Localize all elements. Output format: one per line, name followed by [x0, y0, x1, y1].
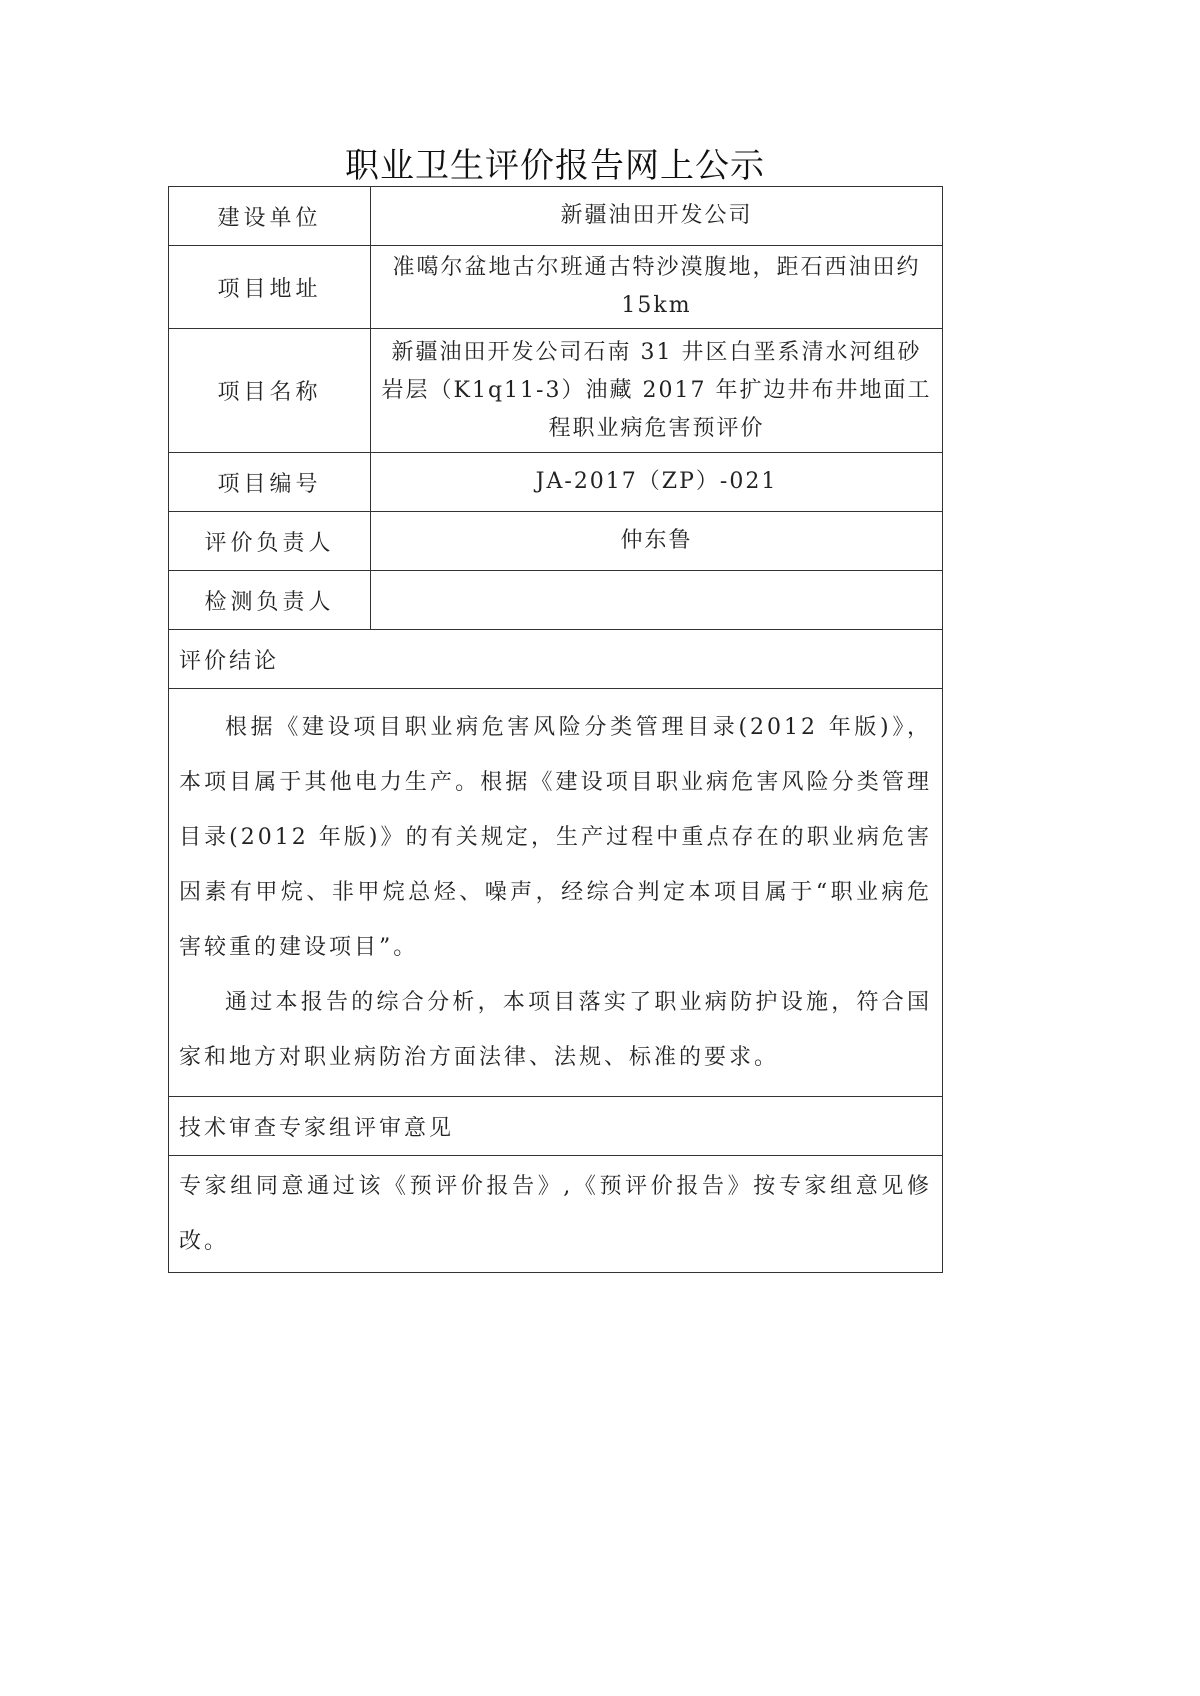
- conclusion-paragraph-1: 根据《建设项目职业病危害风险分类管理目录(2012 年版)》，本项目属于其他电力…: [179, 700, 932, 975]
- label-evaluation-lead: 评价负责人: [169, 512, 371, 571]
- value-project-name: 新疆油田开发公司石南 31 井区白垩系清水河组砂岩层（K1q11-3）油藏 20…: [371, 329, 943, 453]
- conclusion-body: 根据《建设项目职业病危害风险分类管理目录(2012 年版)》，本项目属于其他电力…: [169, 689, 943, 1097]
- value-evaluation-lead: 仲东鲁: [371, 512, 943, 571]
- label-project-address: 项目地址: [169, 246, 371, 329]
- row-construction-unit: 建设单位 新疆油田开发公司: [169, 187, 943, 246]
- row-project-number: 项目编号 JA-2017（ZP）-021: [169, 453, 943, 512]
- value-testing-lead: [371, 571, 943, 630]
- expert-review-heading: 技术审查专家组评审意见: [169, 1097, 943, 1156]
- label-project-name: 项目名称: [169, 329, 371, 453]
- row-expert-heading: 技术审查专家组评审意见: [169, 1097, 943, 1156]
- row-expert-body: 专家组同意通过该《预评价报告》,《预评价报告》按专家组意见修改。: [169, 1156, 943, 1273]
- document-title: 职业卫生评价报告网上公示: [0, 138, 1110, 187]
- disclosure-table: 建设单位 新疆油田开发公司 项目地址 准噶尔盆地古尔班通古特沙漠腹地，距石西油田…: [168, 186, 943, 1273]
- row-conclusion-body: 根据《建设项目职业病危害风险分类管理目录(2012 年版)》，本项目属于其他电力…: [169, 689, 943, 1097]
- label-testing-lead: 检测负责人: [169, 571, 371, 630]
- label-project-number: 项目编号: [169, 453, 371, 512]
- value-project-address: 准噶尔盆地古尔班通古特沙漠腹地，距石西油田约 15km: [371, 246, 943, 329]
- value-project-number: JA-2017（ZP）-021: [371, 453, 943, 512]
- expert-review-text: 专家组同意通过该《预评价报告》,《预评价报告》按专家组意见修改。: [169, 1156, 943, 1273]
- row-project-name: 项目名称 新疆油田开发公司石南 31 井区白垩系清水河组砂岩层（K1q11-3）…: [169, 329, 943, 453]
- value-construction-unit: 新疆油田开发公司: [371, 187, 943, 246]
- label-construction-unit: 建设单位: [169, 187, 371, 246]
- row-project-address: 项目地址 准噶尔盆地古尔班通古特沙漠腹地，距石西油田约 15km: [169, 246, 943, 329]
- row-evaluation-lead: 评价负责人 仲东鲁: [169, 512, 943, 571]
- conclusion-paragraph-2: 通过本报告的综合分析，本项目落实了职业病防护设施，符合国家和地方对职业病防治方面…: [179, 975, 932, 1085]
- row-conclusion-heading: 评价结论: [169, 630, 943, 689]
- conclusion-heading: 评价结论: [169, 630, 943, 689]
- row-testing-lead: 检测负责人: [169, 571, 943, 630]
